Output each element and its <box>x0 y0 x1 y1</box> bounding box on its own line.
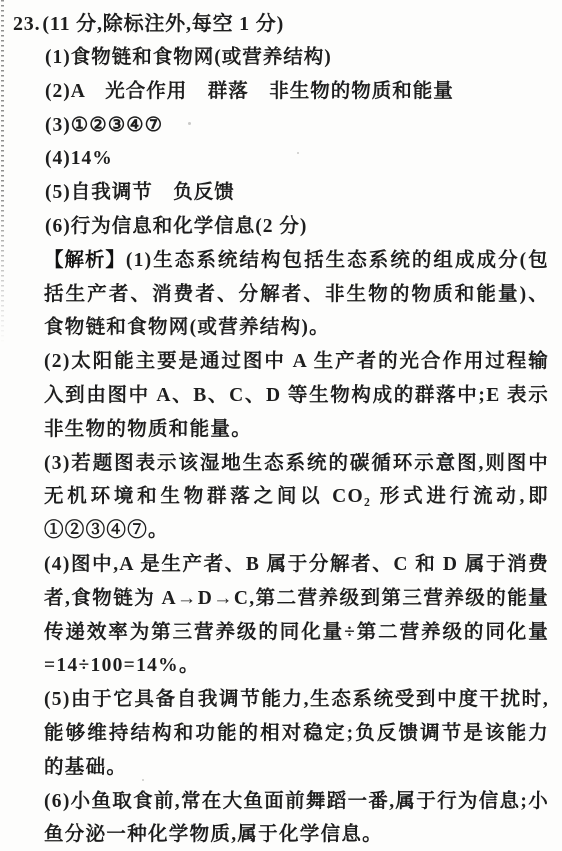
analysis-section: 【解析】(1)生态系统结构包括生态系统的组成成分(包括生产者、消费者、分解者、非… <box>44 244 549 851</box>
answer-line-5: (5)自我调节 负反馈 <box>45 176 562 210</box>
analysis-paragraph-2: (2)太阳能主要是通过图中 A 生产者的光合作用过程输入到由图中 A、B、C、D… <box>44 345 549 446</box>
analysis-paragraph-5: (5)由于它具备自我调节能力,生态系统受到中度干扰时,能够维持结构和功能的相对稳… <box>44 683 549 784</box>
analysis-paragraph-6: (6)小鱼取食前,常在大鱼面前舞蹈一番,属于行为信息;小鱼分泌一种化学物质,属于… <box>44 785 549 851</box>
answer-key-page: 23.(11 分,除标注外,每空 1 分) (1)食物链和食物网(或营养结构) … <box>0 0 562 851</box>
question-block: 23.(11 分,除标注外,每空 1 分) (1)食物链和食物网(或营养结构) … <box>0 7 562 851</box>
analysis-paragraph-1: 【解析】(1)生态系统结构包括生态系统的组成成分(包括生产者、消费者、分解者、非… <box>44 244 549 345</box>
question-header: 23.(11 分,除标注外,每空 1 分) <box>0 7 562 41</box>
answer-line-2: (2)A 光合作用 群落 非生物的物质和能量 <box>45 75 562 109</box>
answer-line-3: (3)①②③④⑦ <box>45 109 562 143</box>
analysis-paragraph-3: (3)若题图表示该湿地生态系统的碳循环示意图,则图中无机环境和生物群落之间以 C… <box>44 447 549 548</box>
answer-line-4: (4)14% <box>45 142 562 176</box>
question-number: 23. <box>13 7 40 41</box>
question-points-note: (11 分,除标注外,每空 1 分) <box>42 13 284 35</box>
answer-line-1: (1)食物链和食物网(或营养结构) <box>45 41 562 75</box>
answer-line-6: (6)行为信息和化学信息(2 分) <box>45 210 562 244</box>
answers-list: (1)食物链和食物网(或营养结构) (2)A 光合作用 群落 非生物的物质和能量… <box>0 41 562 244</box>
analysis-paragraph-4: (4)图中,A 是生产者、B 属于分解者、C 和 D 属于消费者,食物链为 A→… <box>44 548 549 683</box>
analysis-label: 【解析】 <box>44 250 126 271</box>
